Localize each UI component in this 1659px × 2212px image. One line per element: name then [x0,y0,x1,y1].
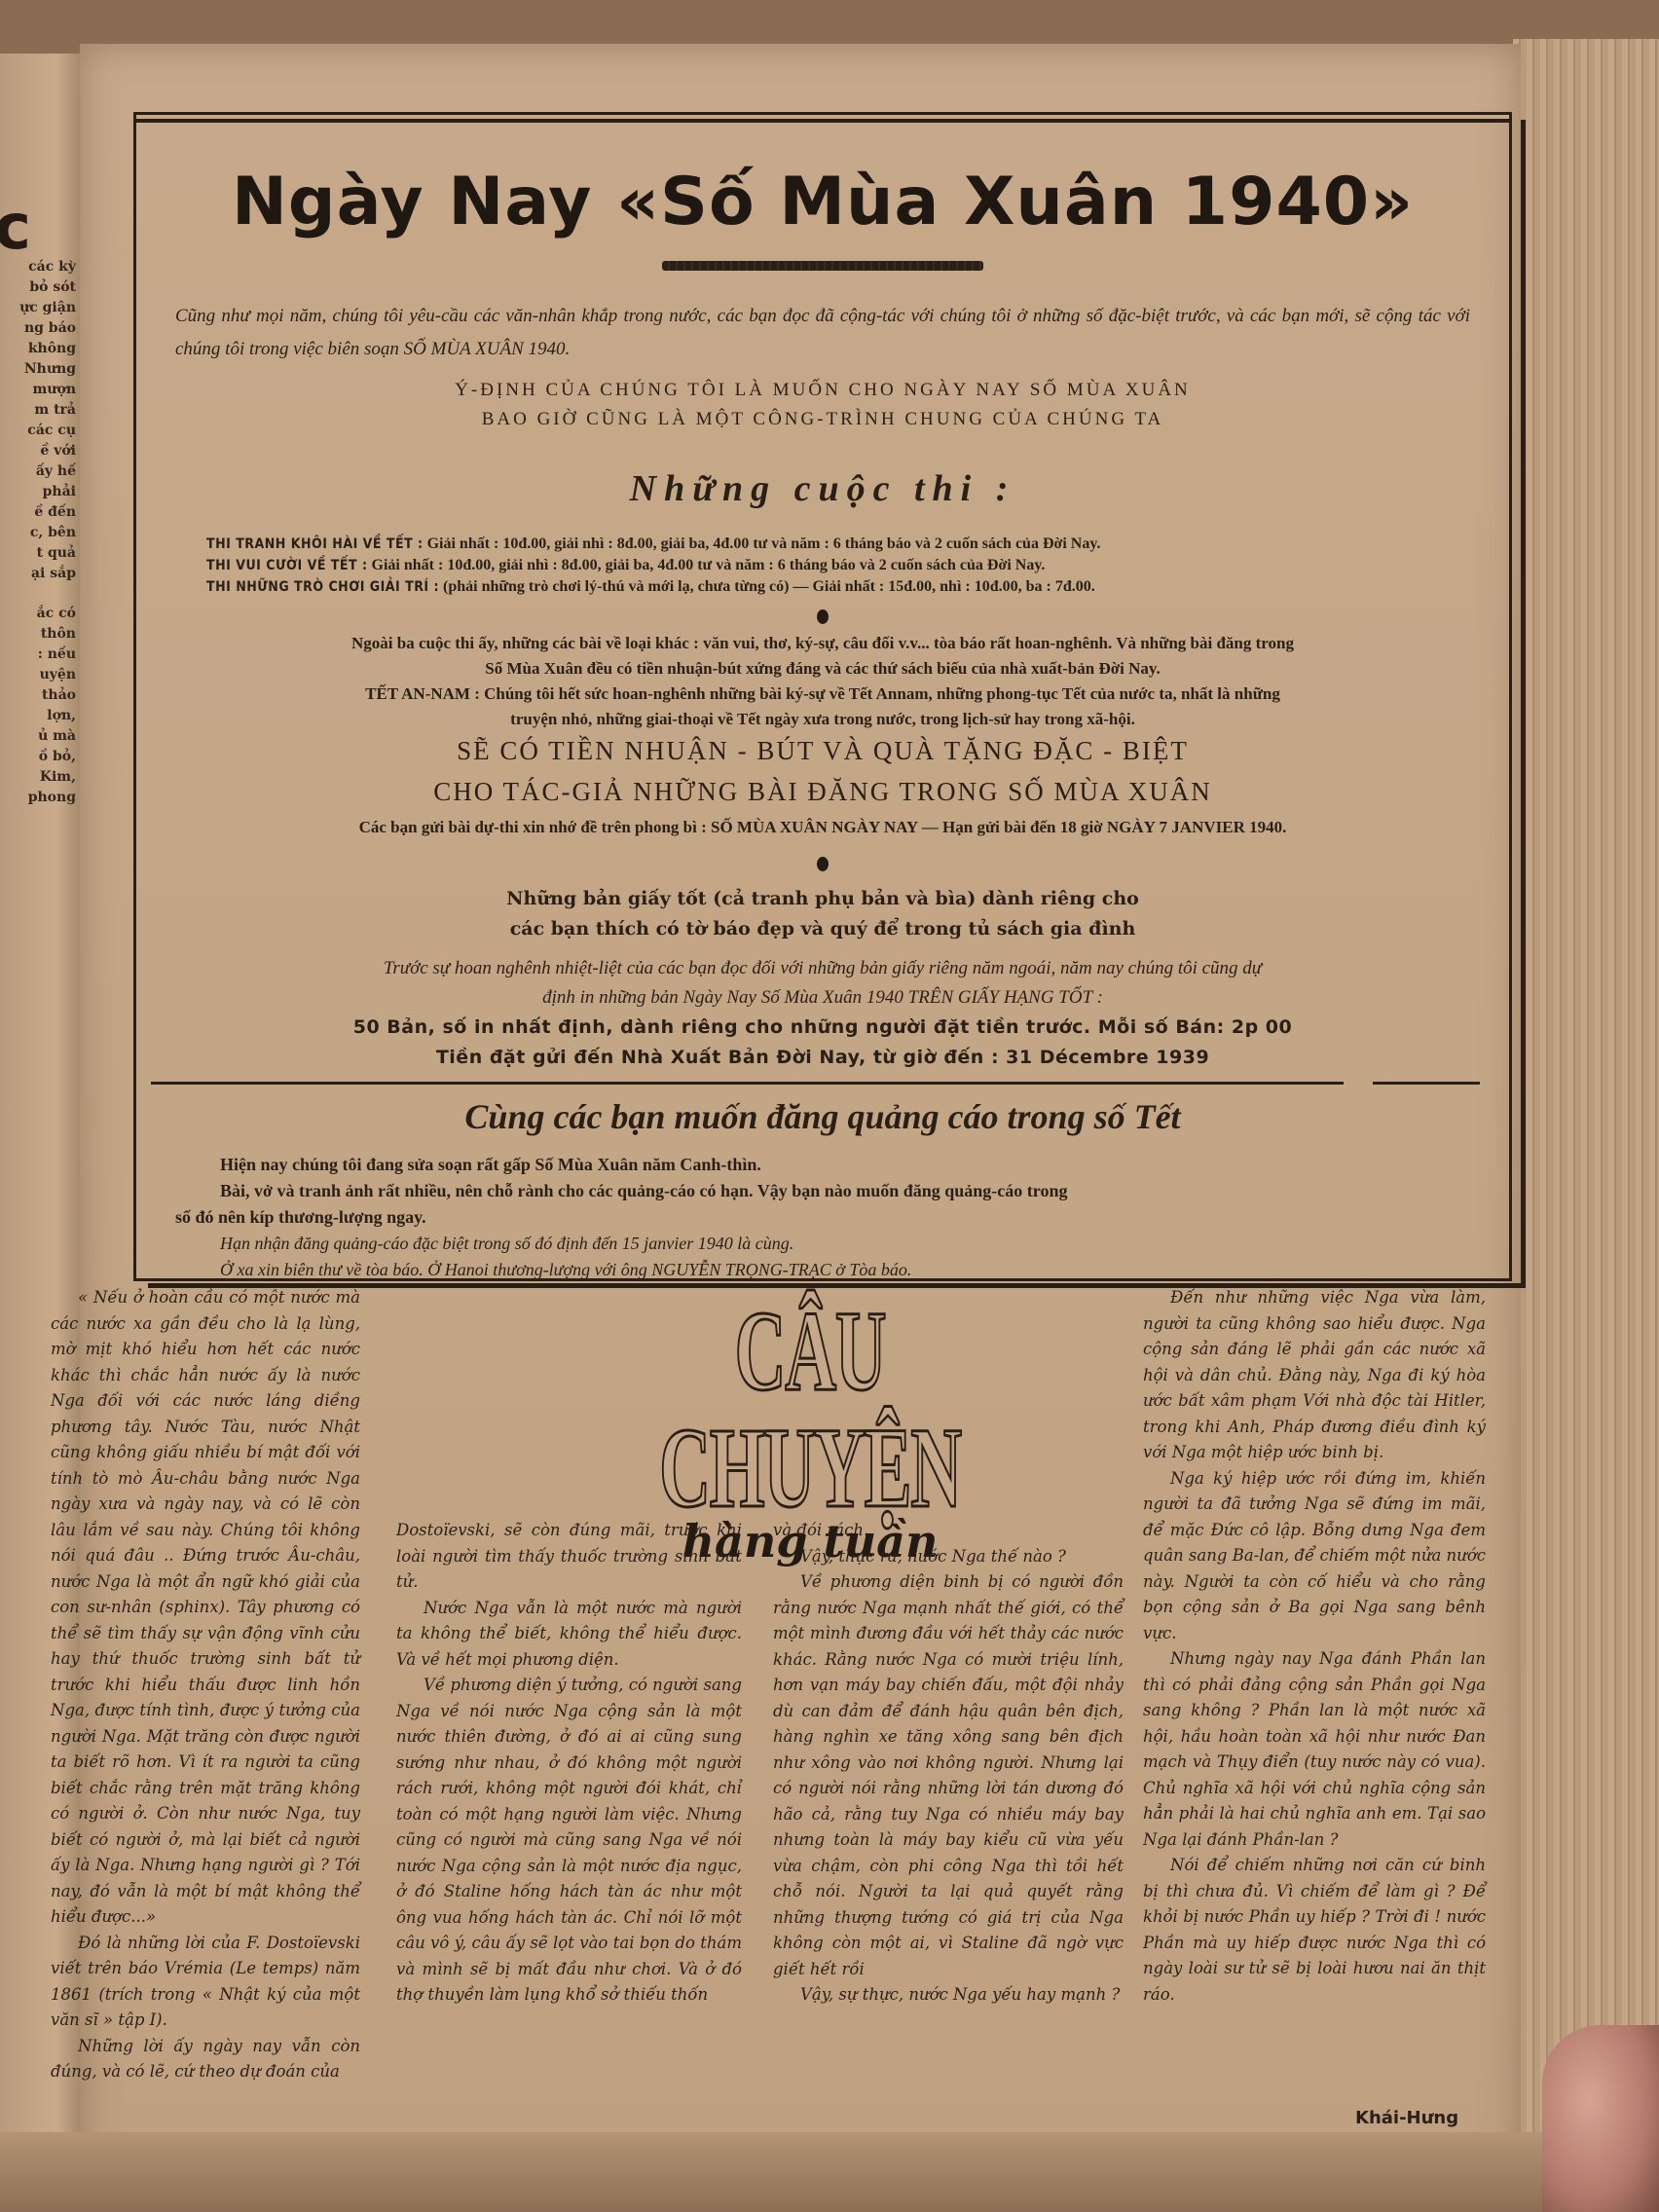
author-signature: Khái-Hưng [1355,2108,1458,2128]
left-page-text-fragment: m trả [0,401,76,420]
left-page-text-fragment: c, bên [0,524,76,542]
contest-item: THI NHỮNG TRÒ CHƠI GIẢI TRÍ : (phải nhữn… [206,576,1470,598]
left-page-text-fragment: ấy hế [0,462,76,481]
left-page-text-fragment: Nhưng [0,360,76,379]
article-column-3: và đói rách. Vậy, thực ra, nước Nga thế … [773,1518,1124,2009]
left-page-text-fragment: phải [0,483,76,501]
left-page-text-fragment: ủ mà [0,727,76,746]
left-page-text-fragment: ề với [0,442,76,461]
torn-page-bottom [0,2132,1659,2212]
left-page-text-fragment: phong [0,789,76,807]
announcement-intro: Cũng như mọi năm, chúng tôi yêu-cầu các … [175,300,1470,366]
left-page-text-fragment: không [0,340,76,358]
special-print-paragraph: Trước sự hoan nghênh nhiệt-liệt của các … [175,954,1470,1013]
book-page-edges [1513,39,1659,2181]
bullet-separator-icon [817,609,829,624]
advertising-heading: Cùng các bạn muốn đăng quảng cáo trong s… [136,1096,1509,1137]
newspaper-page: Ngày Nay «Số Mùa Xuân 1940» Cũng như mọi… [80,44,1521,2176]
contest-item: THI TRANH KHÔI HÀI VỀ TẾT : Giải nhất : … [206,534,1470,555]
left-page-text-fragment: thảo [0,686,76,705]
left-page-text-fragment: ắc có [0,605,76,623]
price-info: 50 Bản, số in nhất định, dành riêng cho … [136,1013,1509,1073]
announcement-title: Ngày Nay «Số Mùa Xuân 1940» [136,164,1509,240]
section-divider [151,1082,1344,1085]
bullet-separator-icon [817,857,829,871]
masthead-title: CÂU CHUYỆN [623,1293,997,1527]
other-articles-paragraph: Ngoài ba cuộc thi ấy, những các bài về l… [175,631,1470,732]
section-divider [1373,1082,1480,1085]
intent-line-1: Ý-ĐỊNH CỦA CHÚNG TÔI LÀ MUỐN CHO NGÀY NA… [136,376,1509,405]
article-column-1: « Nếu ở hoàn cầu có một nước mà các nước… [51,1285,360,2085]
left-page-text-fragment: uyện [0,666,76,684]
left-page-text-fragment: ng báo [0,319,76,338]
left-page-text-fragment: ại sắp [0,565,76,583]
announcement-box: Ngày Nay «Số Mùa Xuân 1940» Cũng như mọi… [133,112,1512,1281]
column-masthead: CÂU CHUYỆN hàng tuần [508,1293,1112,1478]
left-page-text-fragment: ồ bỏ, [0,748,76,766]
left-page-text-fragment: bỏ sót [0,278,76,297]
left-page-text-fragment: Kim, [0,768,76,787]
intent-line-2: BAO GIỜ CŨNG LÀ MỘT CÔNG-TRÌNH CHUNG CỦA… [136,405,1509,434]
advertising-body: Hiện nay chúng tôi đang sửa soạn rất gấp… [175,1152,1470,1283]
left-page-text-fragment: các cụ [0,422,76,440]
left-page-text-fragment: các kỳ [0,258,76,276]
tet-annam-paragraph: TẾT AN-NAM : Chúng tôi hết sức hoan-nghê… [175,682,1470,707]
left-page-text-fragment: mượn [0,381,76,399]
article-column-4: Đến như những việc Nga vừa làm, người ta… [1143,1285,1486,2008]
left-page-text-fragment: lợn, [0,707,76,725]
left-page-text-fragment: thôn [0,625,76,644]
contest-item: THI VUI CƯỜI VỀ TẾT : Giải nhất : 10đ.00… [206,555,1470,576]
left-page-text-fragment: ề đến [0,503,76,522]
left-page-text-fragment: ực giận [0,299,76,317]
contests-heading: Những cuộc thi : [136,467,1509,510]
left-page-text-fragment: : nếu [0,645,76,664]
fine-paper-note: Những bản giấy tốt (cả tranh phụ bản và … [136,884,1509,944]
royalty-notice: SẼ CÓ TIỀN NHUẬN - BÚT VÀ QUÀ TẶNG ĐẶC -… [136,730,1509,812]
thumb-holding-page [1542,2025,1659,2212]
left-page-text-fragment: t quả [0,544,76,563]
submission-instructions: Các bạn gửi bài dự-thi xin nhớ đề trên p… [175,818,1470,837]
title-ornament-rule [662,261,983,271]
article-column-2: Dostoïevski, sẽ còn đúng mãi, trước khi … [396,1518,742,2009]
left-page-big-letter: c [0,192,31,264]
announcement-intent: Ý-ĐỊNH CỦA CHÚNG TÔI LÀ MUỐN CHO NGÀY NA… [136,376,1509,434]
contest-list: THI TRANH KHÔI HÀI VỀ TẾT : Giải nhất : … [206,534,1470,598]
